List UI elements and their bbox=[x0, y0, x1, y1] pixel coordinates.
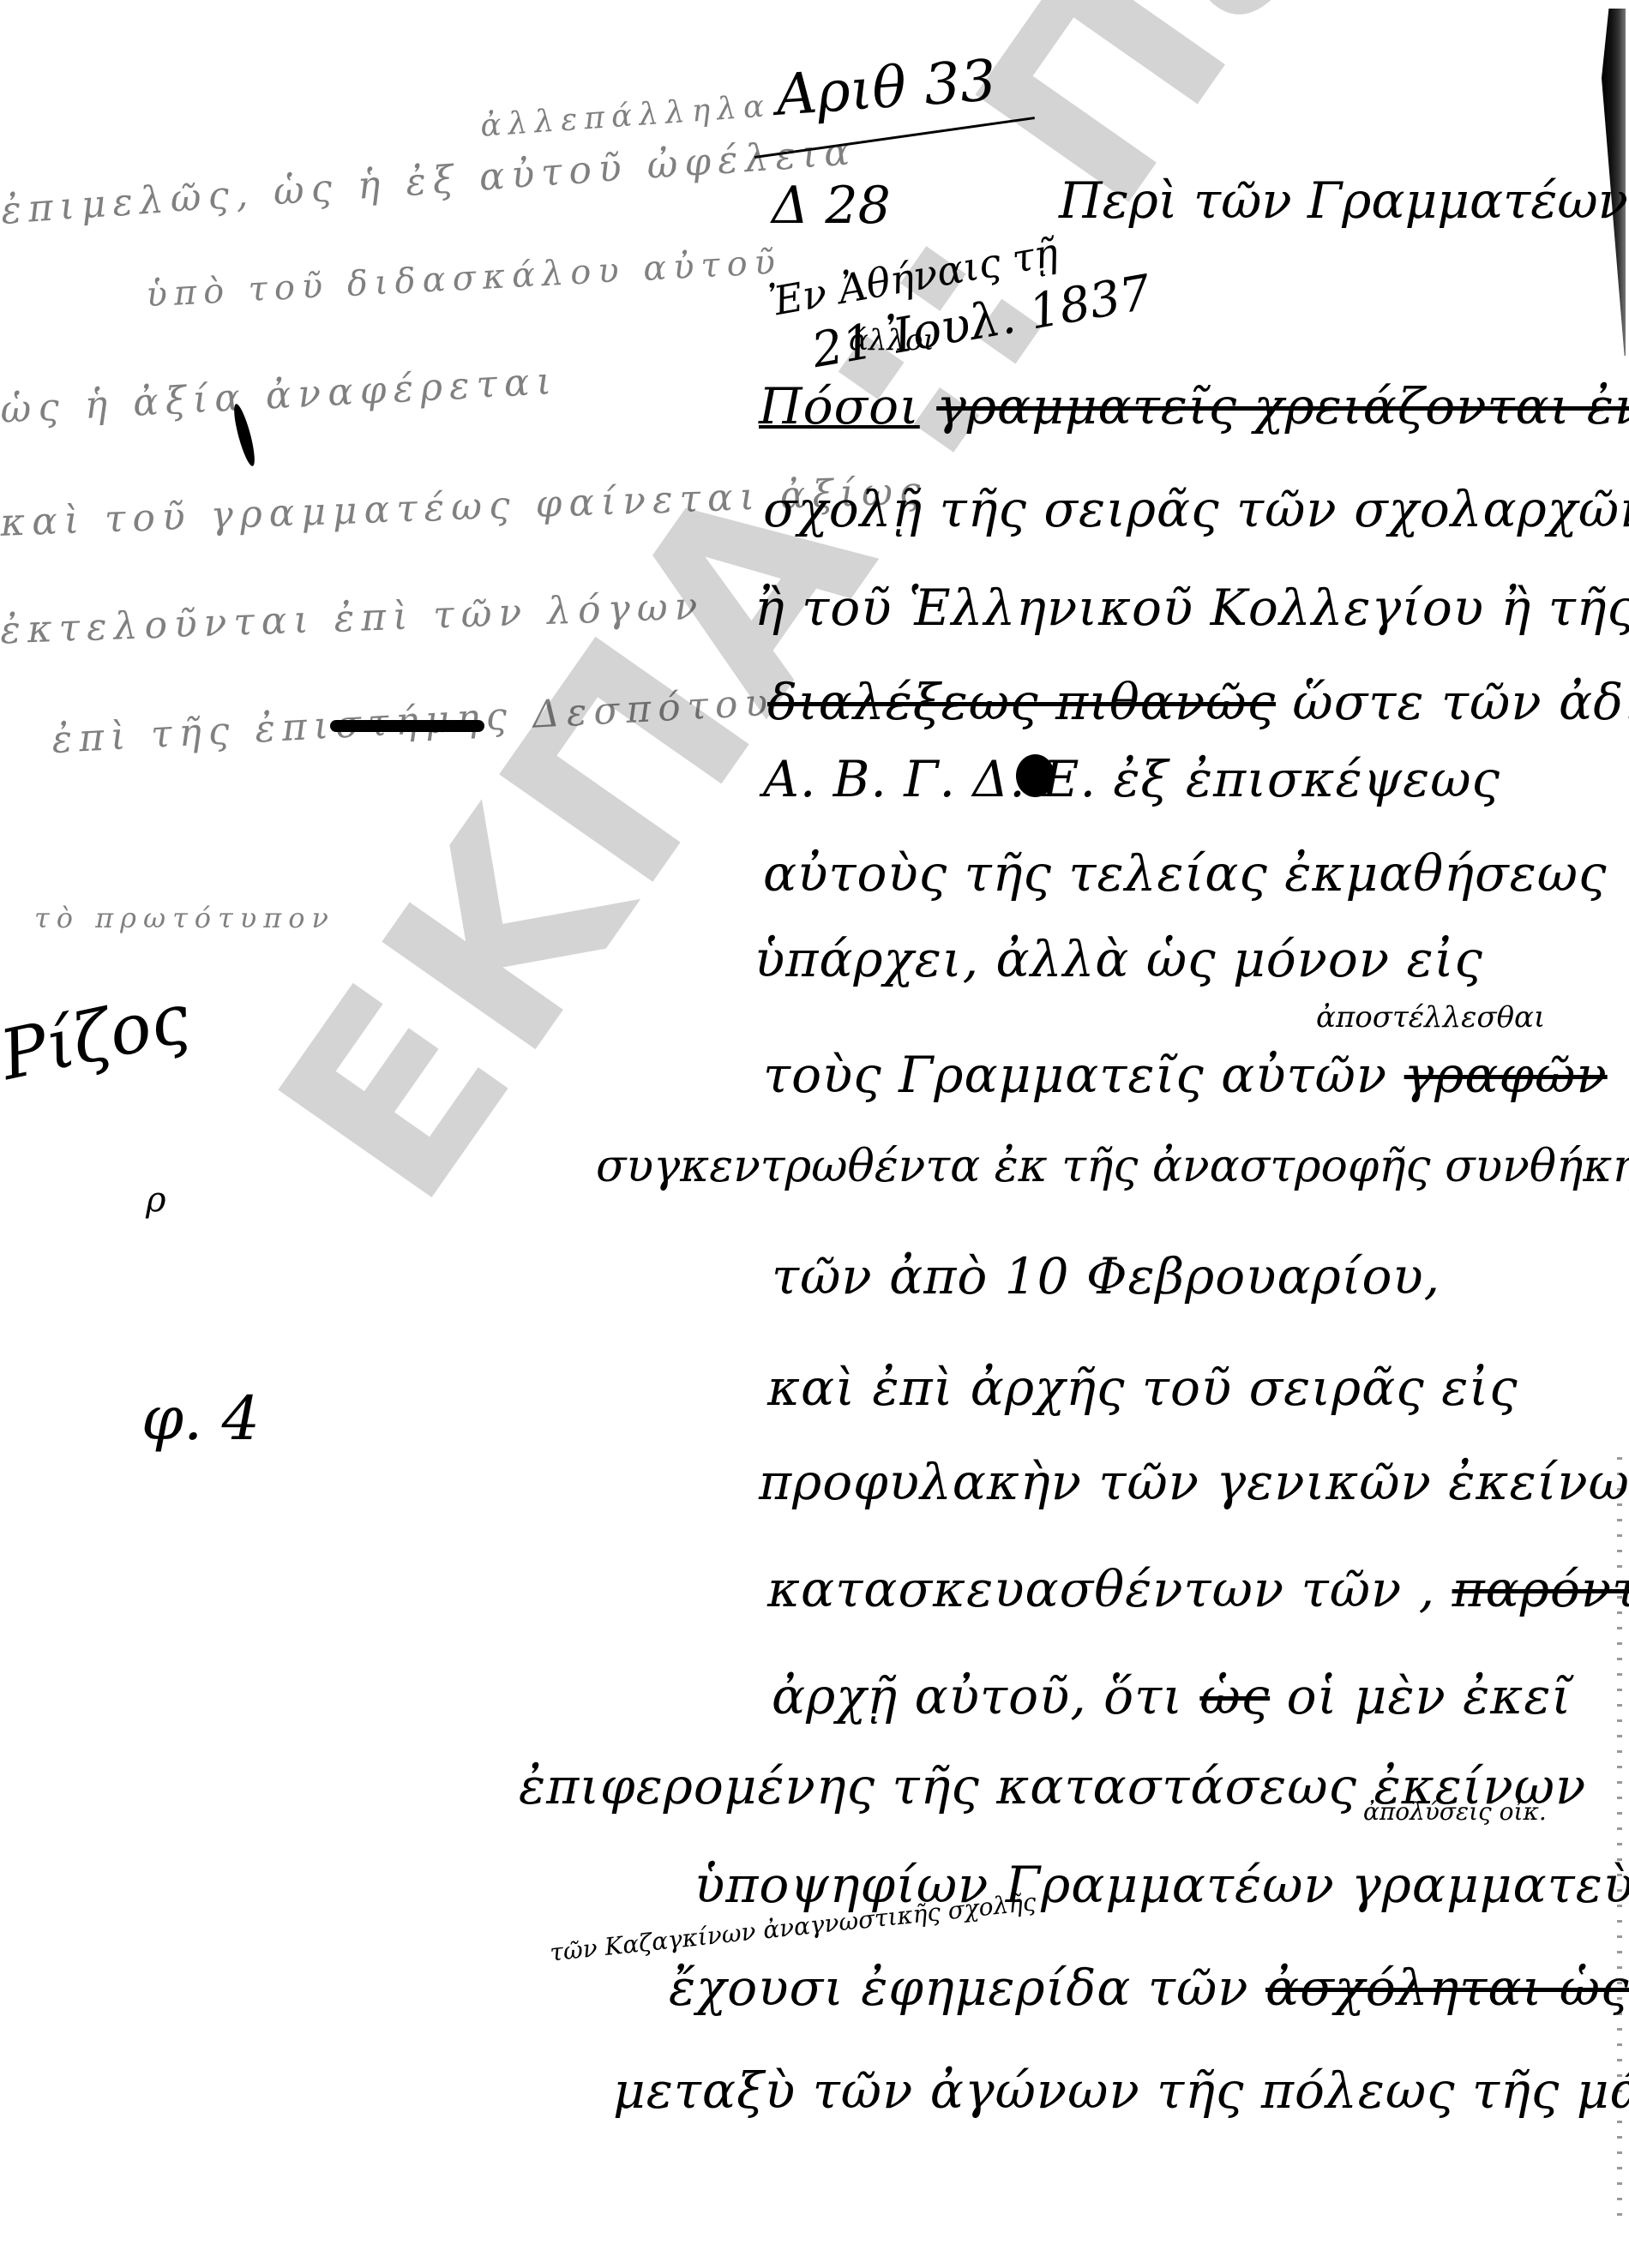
struck-text: ὡς bbox=[1199, 1667, 1270, 1725]
body-line: ὑποψηφίων Γραμματέων γραμματεὺς bbox=[694, 1860, 1629, 1910]
body-text: ὥστε τῶν ἀδ. στοιχ. bbox=[1292, 673, 1629, 731]
body-line: ὑπάρχει, ἀλλὰ ὡς μόνον εἰς bbox=[754, 934, 1483, 984]
body-text: τοὺς Γραμματεῖς αὐτῶν bbox=[763, 1046, 1387, 1104]
body-text: ἀρχῇ αὐτοῦ, ὅτι bbox=[772, 1667, 1183, 1725]
signature: Ρίζος bbox=[0, 984, 195, 1090]
margin-line: ἐπιμελῶς, ὡς ἡ ἐξ αὐτοῦ ὠφέλεια bbox=[0, 133, 857, 231]
insertion-above: ἄλλοι bbox=[849, 326, 935, 355]
body-line: ἢ τοῦ Ἑλληνικοῦ Κολλεγίου ἢ τῆς δια- bbox=[754, 583, 1629, 633]
insertion-above: ἀποστέλλεσθαι bbox=[1316, 1003, 1545, 1032]
body-line: αὐτοὺς τῆς τελείας ἐκμαθήσεως bbox=[763, 849, 1607, 898]
insertion-above: ἀπολύσεις οἰκ. bbox=[1363, 1800, 1547, 1824]
margin-line: ὑπὸ τοῦ διδασκάλου αὐτοῦ bbox=[145, 245, 782, 313]
margin-line: ἀλλεπάλληλα bbox=[479, 91, 772, 142]
body-line: ἔχουσι ἐφημερίδα τῶν ἀσχόληται ὡς bbox=[669, 1963, 1629, 2013]
body-line: συγκεντρωθέντα ἐκ τῆς ἀναστροφῆς συνθήκη… bbox=[596, 1144, 1629, 1189]
body-line: τῶν ἀπὸ 10 Φεβρουαρίου, bbox=[772, 1251, 1440, 1301]
sub-number: Δ 28 bbox=[772, 180, 891, 231]
body-line: κατασκευασθέντων τῶν , παρόντων bbox=[767, 1564, 1629, 1614]
body-line: προφυλακὴν τῶν γενικῶν ἐκείνων bbox=[759, 1457, 1629, 1507]
body-line: μεταξὺ τῶν ἀγώνων τῆς πόλεως τῆς μάσ. bbox=[613, 2066, 1629, 2115]
ink-blot bbox=[1016, 754, 1055, 797]
body-line: σχολῇ τῆς σειρᾶς τῶν σχολαρχῶν bbox=[763, 484, 1629, 534]
subject-line: Περὶ τῶν Γραμματέων bbox=[1059, 176, 1628, 225]
ink-stroke bbox=[330, 720, 484, 732]
body-line: καὶ ἐπὶ ἀρχῆς τοῦ σειρᾶς εἰς bbox=[767, 1363, 1518, 1413]
struck-text: ἀσχόληται ὡς bbox=[1265, 1959, 1629, 2017]
body-text-tail: οἱ μὲν ἐκεῖ bbox=[1287, 1667, 1572, 1725]
body-text: ἔχουσι ἐφημερίδα τῶν bbox=[669, 1959, 1249, 2017]
margin-mark: ρ bbox=[146, 1183, 166, 1217]
body-text: Πόσοι bbox=[759, 377, 920, 435]
margin-line: τὸ πρωτότυπον bbox=[34, 904, 335, 932]
ref-number: Αριθ 33 bbox=[774, 52, 998, 124]
struck-text: γραφῶν bbox=[1404, 1046, 1608, 1104]
folio-number: φ. 4 bbox=[141, 1389, 260, 1449]
body-line: Α. Β. Γ. Δ. Ε. ἐξ ἐπισκέψεως bbox=[763, 754, 1500, 804]
struck-text: παρόντων bbox=[1452, 1560, 1629, 1618]
body-line: Πόσοι γραμματεῖς χρειάζονται ἐν ἑκάστῃ bbox=[759, 381, 1629, 431]
margin-line: ἐκτελοῦνται ἐπὶ τῶν λόγων bbox=[0, 588, 705, 651]
body-text: ἢ τοῦ Ἑλληνικοῦ Κολλεγίου ἢ τῆς bbox=[754, 579, 1629, 637]
struck-text: γραμματεῖς χρειάζονται ἐν ἑκάστῃ bbox=[936, 377, 1629, 435]
manuscript-page: ΕΚΠΑ :: Πέργαμος Αριθ 33 Δ 28 Ἐν Ἀθήναις… bbox=[0, 0, 1629, 2268]
body-line: τοὺς Γραμματεῖς αὐτῶν γραφῶν bbox=[763, 1050, 1608, 1100]
body-text: κατασκευασθέντων τῶν , bbox=[767, 1560, 1435, 1618]
margin-line: ὡς ἡ ἀξία ἀναφέρεται bbox=[0, 363, 559, 429]
struck-text: διαλέξεως πιθανῶς bbox=[767, 673, 1276, 731]
body-line: διαλέξεως πιθανῶς ὥστε τῶν ἀδ. στοιχ. bbox=[767, 677, 1629, 727]
body-line: ἀρχῇ αὐτοῦ, ὅτι ὡς οἱ μὲν ἐκεῖ bbox=[772, 1671, 1572, 1721]
